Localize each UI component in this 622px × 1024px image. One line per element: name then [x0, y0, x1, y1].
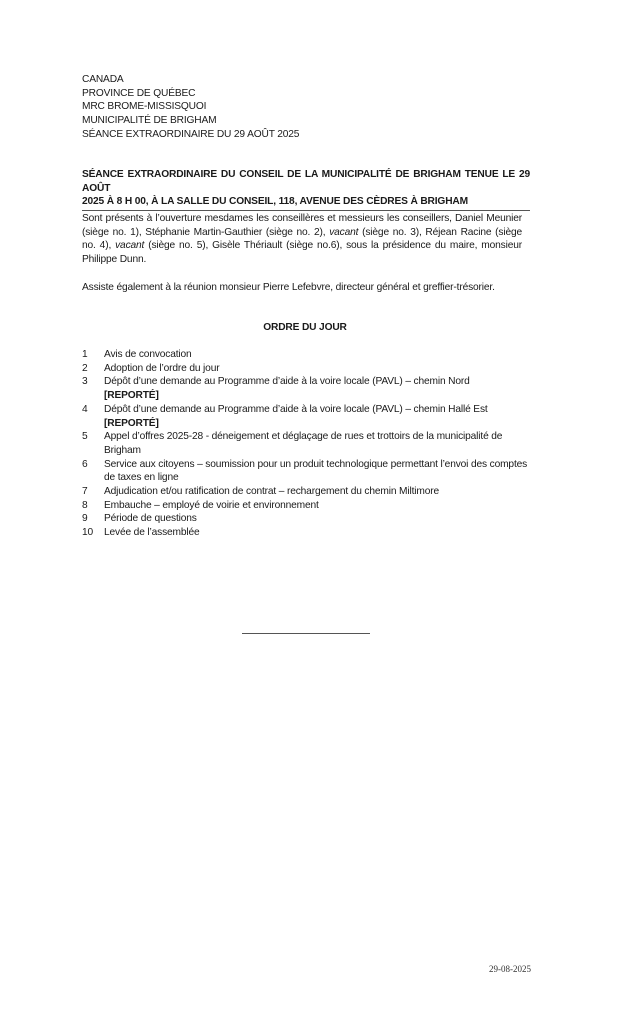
document-page: CANADA PROVINCE DE QUÉBEC MRC BROME-MISS…: [0, 0, 622, 1024]
header-country: CANADA: [82, 73, 299, 87]
agenda-item: 6 Service aux citoyens – soumission pour…: [82, 458, 532, 485]
session-title: SÉANCE EXTRAORDINAIRE DU CONSEIL DE LA M…: [82, 168, 530, 211]
agenda-item-text: Service aux citoyens – soumission pour u…: [104, 459, 527, 484]
agenda-item-text: Embauche – employé de voirie et environn…: [104, 500, 319, 511]
agenda-item-text: Avis de convocation: [104, 349, 192, 360]
footer-date: 29-08-2025: [489, 964, 531, 974]
signature-line: [242, 633, 370, 634]
agenda-item-text: Dépôt d’une demande au Programme d’aide …: [104, 404, 488, 415]
agenda-list: 1 Avis de convocation 2 Adoption de l’or…: [82, 348, 532, 540]
agenda-item: 9 Période de questions: [82, 512, 532, 526]
vacant-seat-3: vacant: [329, 227, 358, 238]
attendance-text-3: (siège no. 5), Gisèle Thériault (siège n…: [82, 240, 522, 265]
session-title-line-2: 2025 À 8 H 00, À LA SALLE DU CONSEIL, 11…: [82, 195, 530, 209]
assistance-paragraph: Assiste également à la réunion monsieur …: [82, 281, 532, 295]
agenda-item-number: 8: [82, 499, 104, 513]
agenda-item-text: Appel d’offres 2025-28 - déneigement et …: [104, 431, 502, 456]
agenda-item-text: Dépôt d’une demande au Programme d’aide …: [104, 376, 470, 387]
agenda-item-number: 2: [82, 362, 104, 376]
agenda-item-number: 9: [82, 512, 104, 526]
agenda-item-number: 3: [82, 375, 104, 389]
agenda-item: 4 Dépôt d’une demande au Programme d’aid…: [82, 403, 532, 430]
agenda-item-status: [REPORTÉ]: [104, 389, 532, 403]
agenda-item-number: 4: [82, 403, 104, 417]
agenda-item-text: Levée de l’assemblée: [104, 527, 200, 538]
vacant-seat-5: vacant: [115, 240, 144, 251]
header-session: SÉANCE EXTRAORDINAIRE DU 29 AOÛT 2025: [82, 128, 299, 142]
agenda-title: ORDRE DU JOUR: [0, 321, 610, 335]
agenda-item: 8 Embauche – employé de voirie et enviro…: [82, 499, 532, 513]
agenda-item-status: [REPORTÉ]: [104, 417, 532, 431]
agenda-item: 3 Dépôt d’une demande au Programme d’aid…: [82, 375, 532, 402]
agenda-item-text: Période de questions: [104, 513, 197, 524]
session-title-line-1: SÉANCE EXTRAORDINAIRE DU CONSEIL DE LA M…: [82, 168, 530, 195]
agenda-item: 5 Appel d’offres 2025-28 - déneigement e…: [82, 430, 532, 457]
header-municipality: MUNICIPALITÉ DE BRIGHAM: [82, 114, 299, 128]
agenda-item-text: Adoption de l’ordre du jour: [104, 363, 219, 374]
agenda-item-number: 5: [82, 430, 104, 444]
agenda-item-number: 7: [82, 485, 104, 499]
agenda-item-number: 1: [82, 348, 104, 362]
agenda-item: 2 Adoption de l’ordre du jour: [82, 362, 532, 376]
header-mrc: MRC BROME-MISSISQUOI: [82, 100, 299, 114]
agenda-item: 10 Levée de l’assemblée: [82, 526, 532, 540]
header-province: PROVINCE DE QUÉBEC: [82, 87, 299, 101]
agenda-item-text: Adjudication et/ou ratification de contr…: [104, 486, 439, 497]
agenda-item-number: 10: [82, 526, 104, 540]
attendance-paragraph: Sont présents à l’ouverture mesdames les…: [82, 212, 522, 267]
agenda-item-number: 6: [82, 458, 104, 472]
agenda-item: 1 Avis de convocation: [82, 348, 532, 362]
agenda-item: 7 Adjudication et/ou ratification de con…: [82, 485, 532, 499]
document-header: CANADA PROVINCE DE QUÉBEC MRC BROME-MISS…: [82, 73, 299, 142]
